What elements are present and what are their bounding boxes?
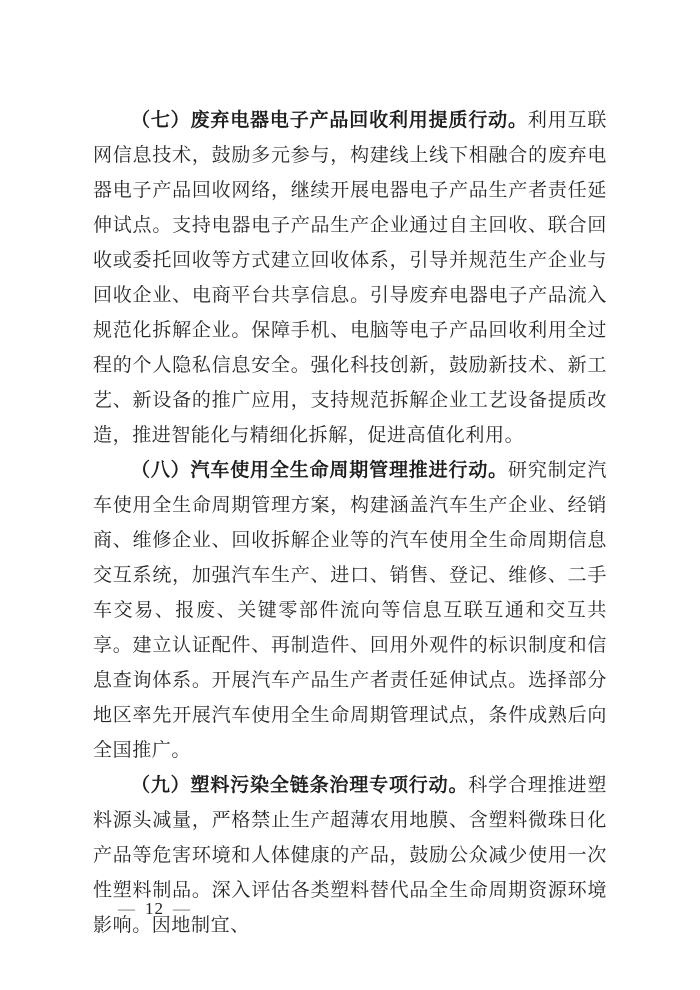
- document-body: （七）废弃电器电子产品回收利用提质行动。利用互联网信息技术，鼓励多元参与，构建线…: [93, 103, 607, 943]
- page-number-left-dash: —: [118, 899, 136, 918]
- document-page: （七）废弃电器电子产品回收利用提质行动。利用互联网信息技术，鼓励多元参与，构建线…: [0, 0, 700, 990]
- paragraph-heading-7: （七）废弃电器电子产品回收利用提质行动。: [131, 110, 528, 131]
- paragraph-section-8: （八）汽车使用全生命周期管理推进行动。研究制定汽车使用全生命周期管理方案，构建涵…: [93, 453, 607, 768]
- paragraph-text-8: 研究制定汽车使用全生命周期管理方案，构建涵盖汽车生产企业、经销商、维修企业、回收…: [93, 460, 607, 761]
- paragraph-section-7: （七）废弃电器电子产品回收利用提质行动。利用互联网信息技术，鼓励多元参与，构建线…: [93, 103, 607, 453]
- page-number-value: 12: [136, 899, 173, 918]
- paragraph-heading-8: （八）汽车使用全生命周期管理推进行动。: [131, 460, 508, 481]
- paragraph-heading-9: （九）塑料污染全链条治理专项行动。: [131, 775, 468, 796]
- page-number: —12—: [97, 879, 191, 939]
- paragraph-text-7: 利用互联网信息技术，鼓励多元参与，构建线上线下相融合的废弃电器电子产品回收网络，…: [93, 110, 607, 446]
- page-number-right-dash: —: [173, 899, 191, 918]
